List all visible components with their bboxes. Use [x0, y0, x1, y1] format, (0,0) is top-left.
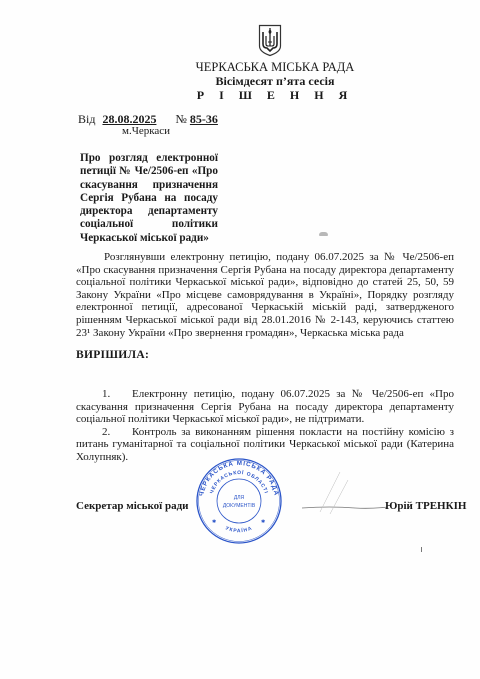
- svg-text:ДОКУМЕНТІВ: ДОКУМЕНТІВ: [223, 503, 256, 509]
- session-title: Вісімдесят п’ята сесія: [150, 74, 400, 89]
- subject-line: директора департаменту: [80, 205, 218, 218]
- subject-line: Черкаської міської ради»: [80, 232, 218, 245]
- signatory-name: Юрій ТРЕНКІН: [385, 500, 466, 512]
- subject-line: скасування призначення: [80, 179, 218, 192]
- subject-line: Про розгляд електронної: [80, 152, 218, 165]
- scan-artifact: [319, 232, 328, 236]
- document-type-heading: Р І Ш Е Н Н Я: [150, 88, 400, 103]
- svg-text:✱: ✱: [261, 519, 265, 525]
- svg-text:ДЛЯ: ДЛЯ: [234, 495, 245, 501]
- svg-text:✱: ✱: [212, 519, 216, 525]
- date-prefix: Від: [78, 112, 95, 126]
- subject-line: соціальної політики: [80, 218, 218, 231]
- item-text: Електронну петицію, подану 06.07.2025 за…: [76, 388, 454, 425]
- number-prefix: №: [175, 112, 186, 126]
- item-number: 2.: [102, 426, 132, 439]
- signatory-title: Секретар міської ради: [76, 500, 188, 512]
- subject-line: Сергія Рубана на посаду: [80, 192, 218, 205]
- preamble-block: Розглянувши електронну петицію, подану 0…: [76, 251, 454, 339]
- decision-subject: Про розгляд електронної петиції № Че/250…: [80, 152, 218, 245]
- trident-coat-of-arms-icon: [258, 24, 282, 57]
- resolved-label: ВИРІШИЛА:: [76, 349, 149, 361]
- decision-item: 1.Електронну петицію, подану 06.07.2025 …: [76, 388, 454, 426]
- organization-name: ЧЕРКАСЬКА МІСЬКА РАДА: [150, 60, 400, 75]
- document-page: ЧЕРКАСЬКА МІСЬКА РАДА Вісімдесят п’ята с…: [0, 0, 480, 679]
- svg-text:УКРАЇНА: УКРАЇНА: [224, 525, 253, 534]
- decision-number: 85-36: [190, 112, 218, 126]
- handwritten-signature: [300, 470, 390, 520]
- decision-items: 1.Електронну петицію, подану 06.07.2025 …: [76, 388, 454, 464]
- subject-line: петиції № Че/2506-еп «Про: [80, 165, 218, 178]
- official-seal-stamp: ЧЕРКАСЬКА МІСЬКА РАДА ЧЕРКАСЬКОЇ ОБЛАСТІ…: [195, 457, 283, 545]
- decision-date: 28.08.2025: [102, 112, 156, 126]
- preamble-text: Розглянувши електронну петицію, подану 0…: [76, 251, 454, 339]
- scan-artifact: [421, 547, 422, 552]
- item-number: 1.: [102, 388, 132, 401]
- city-name: м.Черкаси: [122, 125, 170, 137]
